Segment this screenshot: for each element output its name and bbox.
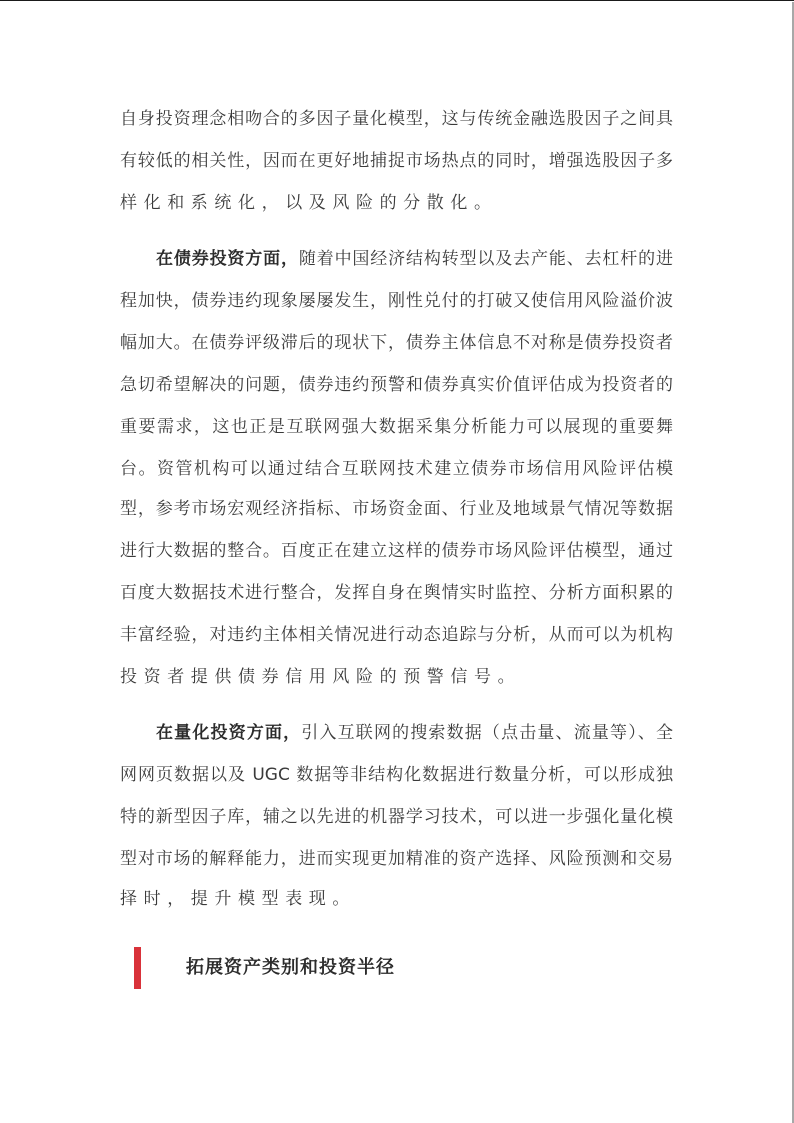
document-page: 自身投资理念相吻合的多因子量化模型，这与传统金融选股因子之间具 有较低的相关性，… [0,0,794,1123]
text-line-rest: 引入互联网的搜索数据（点击量、流量等）、全 [301,723,673,743]
text-line: 择时，提升模型表现。 [120,887,673,911]
text-line: 在量化投资方面，引入互联网的搜索数据（点击量、流量等）、全 [120,721,673,745]
text-line-rest: 随着中国经济结构转型以及去产能、去杠杆的进 [299,249,673,269]
text-line: 型，参考市场宏观经济指标、市场资金面、行业及地域景气情况等数据 [120,497,673,521]
text-line: 进行大数据的整合。百度正在建立这样的债券市场风险评估模型，通过 [120,539,673,563]
text-line: 投资者提供债券信用风险的预警信号。 [120,665,673,689]
text-line: 台。资管机构可以通过结合互联网技术建立债券市场信用风险评估模 [120,457,673,481]
text-line: 有较低的相关性，因而在更好地捕捉市场热点的同时，增强选股因子多 [120,149,673,173]
text-line: 特的新型因子库，辅之以先进的机器学习技术，可以进一步强化量化模 [120,805,673,829]
lead-bold-text: 在债券投资方面， [156,249,299,269]
text-line: 程加快，债券违约现象屡屡发生，刚性兑付的打破又使信用风险溢价波 [120,289,673,313]
section-heading-title: 拓展资产类别和投资半径 [186,956,395,980]
text-line: 百度大数据技术进行整合，发挥自身在舆情实时监控、分析方面积累的 [120,581,673,605]
text-line: 急切希望解决的问题，债券违约预警和债券真实价值评估成为投资者的 [120,373,673,397]
text-line: 丰富经验，对违约主体相关情况进行动态追踪与分析，从而可以为机构 [120,623,673,647]
text-line: 样化和系统化，以及风险的分散化。 [120,191,673,215]
text-line: 型对市场的解释能力，进而实现更加精准的资产选择、风险预测和交易 [120,847,673,871]
text-line: 在债券投资方面，随着中国经济结构转型以及去产能、去杠杆的进 [120,247,673,271]
text-line: 幅加大。在债券评级滞后的现状下，债券主体信息不对称是债券投资者 [120,331,673,355]
heading-accent-bar [134,947,141,989]
text-line: 自身投资理念相吻合的多因子量化模型，这与传统金融选股因子之间具 [120,107,673,131]
lead-bold-text: 在量化投资方面， [156,723,301,743]
text-line: 重要需求，这也正是互联网强大数据采集分析能力可以展现的重要舞 [120,415,673,439]
text-line: 网网页数据以及 UGC 数据等非结构化数据进行数量分析，可以形成独 [120,763,673,787]
